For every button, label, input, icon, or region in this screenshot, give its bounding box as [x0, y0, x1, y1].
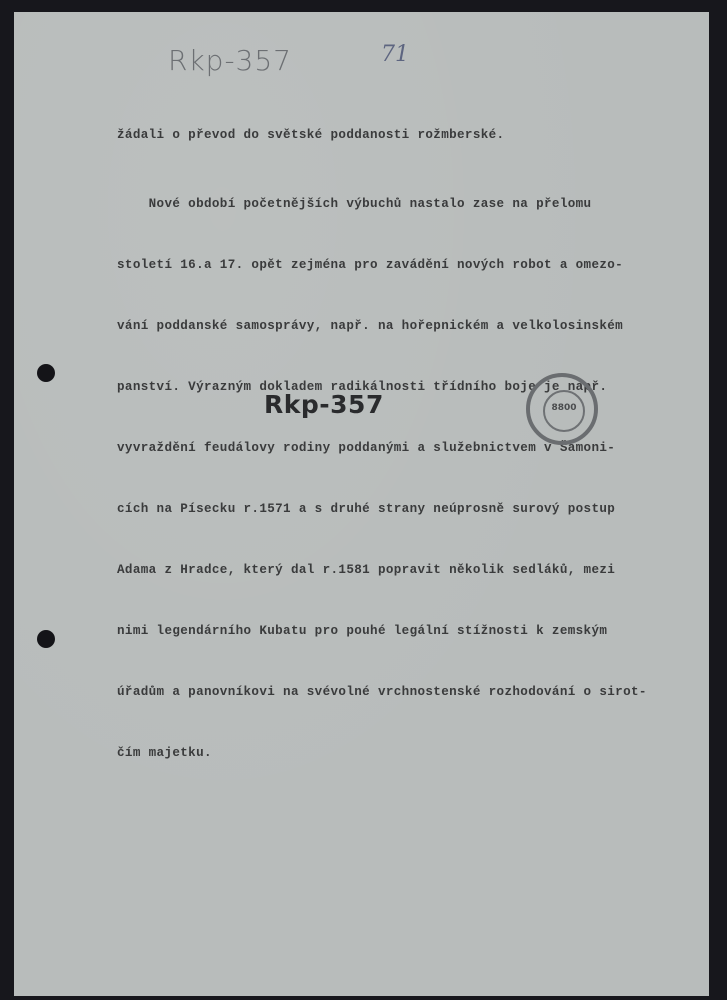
- text-line: nimi legendárního Kubatu pro pouhé legál…: [117, 621, 647, 641]
- text-line: žádali o převod do světské poddanosti ro…: [117, 125, 647, 145]
- stamp-number: 8800: [545, 403, 583, 413]
- stamp-inner-ring: 8800: [543, 390, 585, 432]
- shelfmark-handwritten-middle: Rkp-357: [264, 390, 384, 419]
- page-number: 71: [381, 42, 409, 67]
- text-line: Nové období početnějších výbuchů nastalo…: [117, 194, 647, 214]
- text-line: vání poddanské samosprávy, např. na hoře…: [117, 316, 647, 336]
- text-line: cích na Písecku r.1571 a s druhé strany …: [117, 499, 647, 519]
- text-line: Adama z Hradce, který dal r.1581 popravi…: [117, 560, 647, 580]
- shelfmark-handwritten-top: Rkp-357: [168, 44, 292, 77]
- punch-hole-icon: [37, 630, 55, 648]
- punch-hole-icon: [37, 364, 55, 382]
- text-line: úřadům a panovníkovi na svévolné vrchnos…: [117, 682, 647, 702]
- text-line: čím majetku.: [117, 743, 647, 763]
- document-page: Rkp-357 71 žádali o převod do světské po…: [14, 12, 709, 996]
- library-stamp-icon: 8800: [526, 373, 598, 445]
- text-line: století 16.a 17. opět zejména pro zavádě…: [117, 255, 647, 275]
